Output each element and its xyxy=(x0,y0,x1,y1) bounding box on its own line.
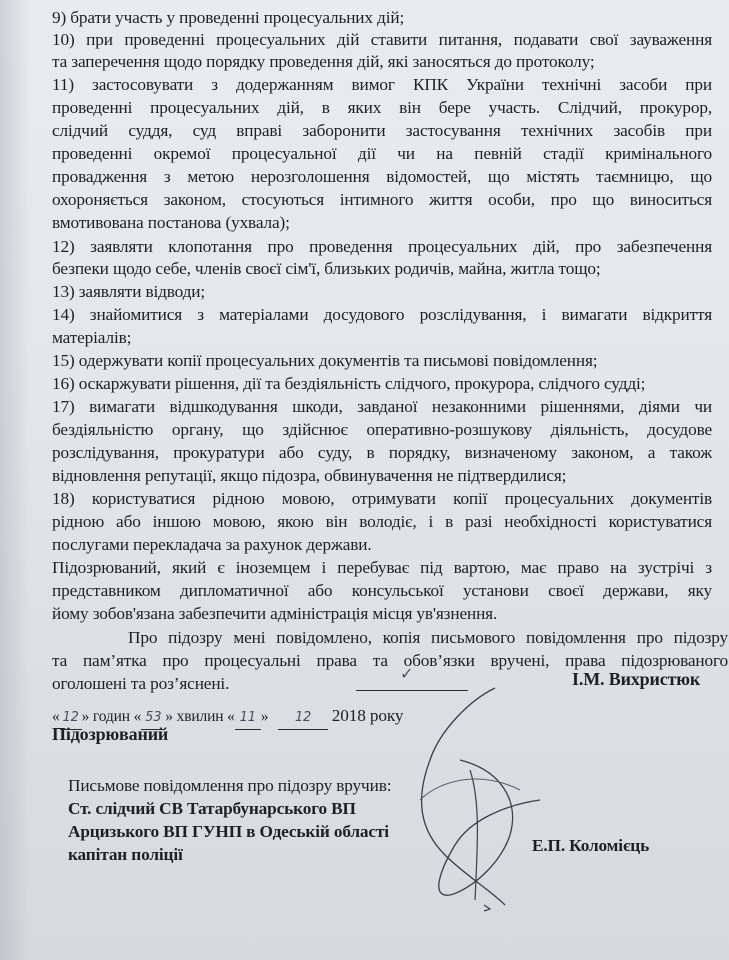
document-page: 9) брати участь у проведенні процесуальн… xyxy=(0,0,729,960)
handwritten-signature xyxy=(0,0,729,960)
